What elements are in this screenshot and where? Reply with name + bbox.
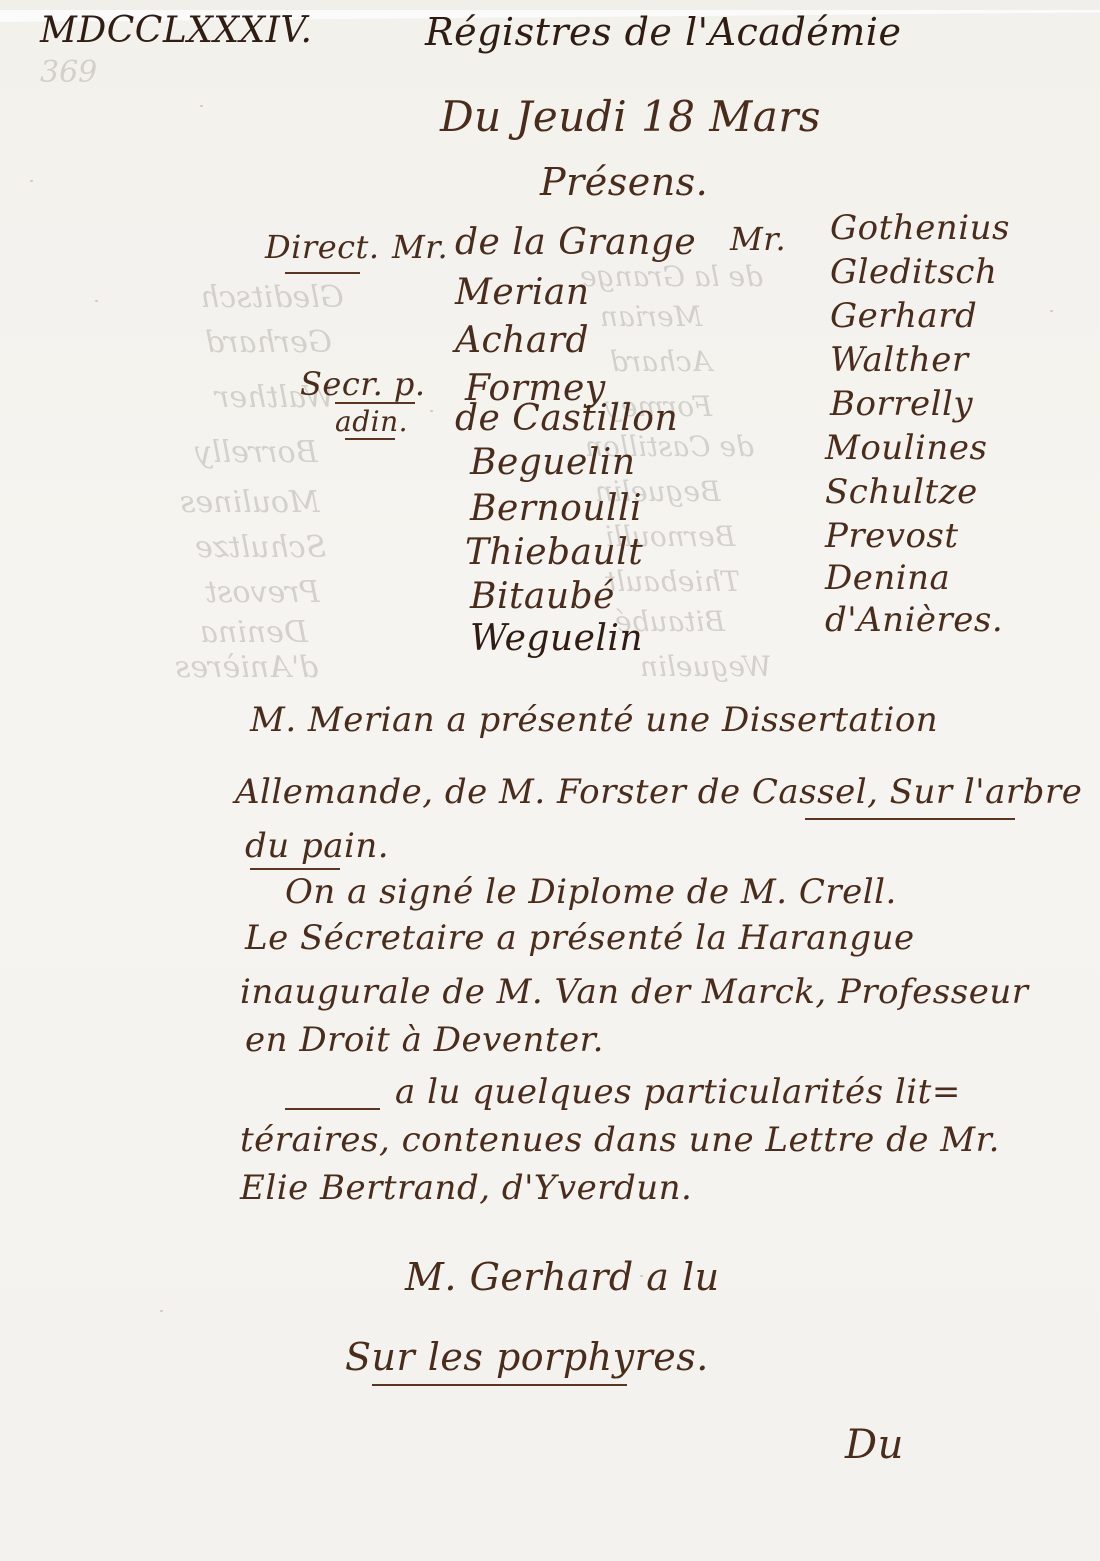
bleed-name: Weguelin <box>640 650 772 683</box>
attendee: Achard <box>455 320 589 361</box>
manuscript-page: 369 Gleditsch Gerhard Walther Borrelly M… <box>0 10 1100 1561</box>
bleed-name: de la Grange <box>580 260 763 293</box>
minute-line: M. Gerhard a lu <box>405 1255 720 1299</box>
attendee: Gothenius <box>830 208 1010 248</box>
attendee: Weguelin <box>470 618 643 659</box>
attendee: Gleditsch <box>830 252 997 292</box>
attendee: Beguelin <box>470 442 636 483</box>
minute-line: en Droit à Deventer. <box>245 1020 604 1060</box>
bleed-name: Denina <box>200 615 308 650</box>
attendee: Bernoulli <box>470 488 642 529</box>
role-secretary: Secr. p. <box>300 365 426 403</box>
minute-line: Allemande, de M. Forster de Cassel, Sur … <box>235 772 1082 812</box>
attendee: Walther <box>830 340 969 380</box>
attendee: Moulines <box>825 428 987 468</box>
attendee: Merian <box>455 272 590 313</box>
minute-line: Le Sécretaire a présenté la Harangue <box>245 918 915 958</box>
catchword: Du <box>845 1422 904 1468</box>
attendee: de Castillon <box>455 398 678 439</box>
minute-line: M. Merian a présenté une Dissertation <box>250 700 938 740</box>
attendee: d'Anières. <box>825 600 1003 640</box>
folio-number-bleed: 369 <box>40 55 97 90</box>
minute-line: inaugurale de M. Van der Marck, Professe… <box>240 972 1028 1012</box>
attendee: Thiebault <box>465 532 643 573</box>
attendee: Schultze <box>825 472 978 512</box>
bleed-name: Schultze <box>195 530 326 565</box>
bleed-name: Borrelly <box>195 435 318 470</box>
attendee: Denina <box>825 558 950 598</box>
minute-line: a lu quelques particularités lit= <box>395 1072 961 1112</box>
attendee: Bitaubé <box>470 576 615 617</box>
bleed-name: Prevost <box>205 575 320 610</box>
role-director: Direct. <box>265 228 380 266</box>
bleed-name: Achard <box>610 345 712 378</box>
bleed-name: d'Anières <box>175 650 318 685</box>
present-heading: Présens. <box>540 160 708 204</box>
secretary-underline <box>335 402 415 404</box>
minute-line: On a signé le Diplome de M. Crell. <box>285 872 897 912</box>
minute-line: téraires, contenues dans une Lettre de M… <box>240 1120 1000 1160</box>
title-underline <box>372 1384 627 1386</box>
minute-line: Elie Bertrand, d'Yverdun. <box>240 1168 692 1208</box>
session-date: Du Jeudi 18 Mars <box>440 92 821 141</box>
register-title: Régistres de l'Académie <box>425 10 901 54</box>
attendee: Gerhard <box>830 296 977 336</box>
adin-underline <box>345 438 395 440</box>
minute-line: du pain. <box>245 826 389 866</box>
attendee: Borrelly <box>830 384 973 424</box>
bleed-name: Moulines <box>180 485 320 520</box>
attendee: de la Grange <box>455 222 696 263</box>
bleed-name: Gerhard <box>205 325 332 360</box>
bleed-name: Gleditsch <box>200 280 344 315</box>
year-roman: MDCCLXXXIV. <box>40 10 312 51</box>
mr-prefix: Mr. <box>730 220 786 258</box>
mr-prefix: Mr. <box>392 228 448 266</box>
title-underline <box>805 818 1015 820</box>
director-underline <box>285 272 360 274</box>
role-secretary-adin: adin. <box>335 405 408 438</box>
title-underline <box>250 868 340 870</box>
minute-line: Sur les porphyres. <box>345 1335 709 1379</box>
ditto-dash <box>285 1108 380 1110</box>
bleed-name: Merian <box>600 300 702 333</box>
attendee: Prevost <box>825 516 959 556</box>
